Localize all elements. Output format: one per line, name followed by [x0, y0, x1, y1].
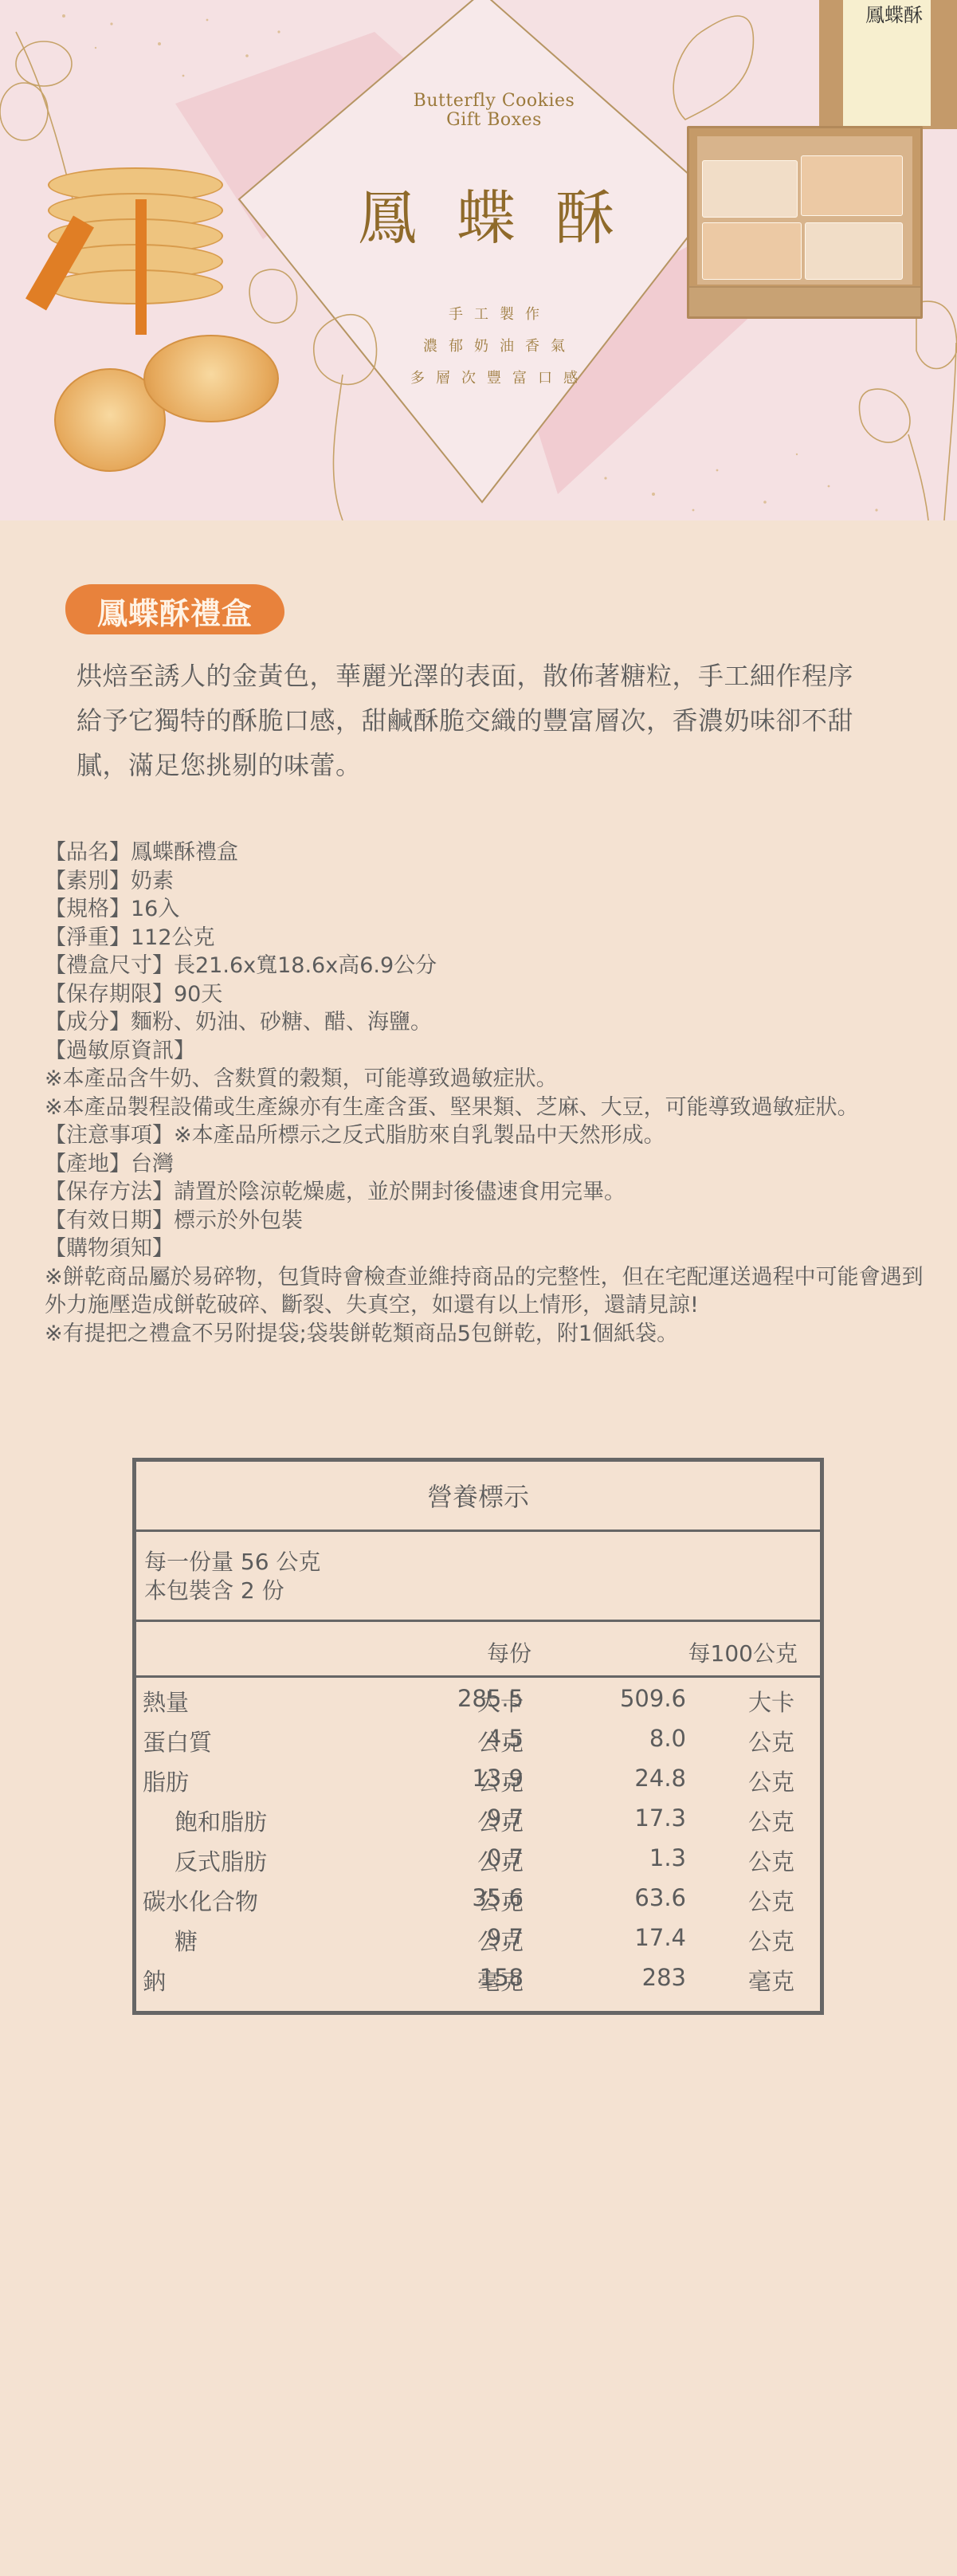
spec-name: 【品名】鳳蝶酥禮盒	[45, 838, 937, 867]
spec-net-weight: 【淨重】112公克	[45, 924, 937, 952]
nutrition-row-saturated-fat: 飽和脂肪 9.7 公克 17.3 公克	[136, 1800, 820, 1840]
product-name-label: 鳳蝶酥禮盒	[65, 589, 284, 633]
nutrition-row-trans-fat: 反式脂肪 0.7 公克 1.3 公克	[136, 1840, 820, 1879]
header-per-100g: 每100公克	[688, 1636, 798, 1668]
tagline-handmade: 手工製作	[351, 303, 637, 324]
spec-shopping-note-1: ※餅乾商品屬於易碎物，包貨時會檢查並維持商品的完整性，但在宅配運送過程中可能會遇…	[45, 1263, 937, 1320]
spec-diet-type: 【素別】奶素	[45, 867, 937, 896]
gift-box-image	[687, 126, 923, 319]
nutrition-row-carbohydrates: 碳水化合物 35.6 公克 63.6 公克	[136, 1879, 820, 1919]
serving-size: 每一份量 56 公克	[144, 1548, 820, 1577]
nutrition-column-headers: 每份 每100公克	[136, 1622, 820, 1678]
spec-allergen-note-1: ※本產品含牛奶、含麩質的穀類，可能導致過敏症狀。	[45, 1065, 937, 1094]
hero-banner: Butterfly Cookies Gift Boxes 鳳蝶酥 手工製作 濃郁…	[0, 0, 957, 520]
gift-box-lid-image: 鳳蝶酥	[819, 0, 957, 129]
spec-allergen-heading: 【過敏原資訊】	[45, 1037, 937, 1066]
header-per-serving: 每份	[487, 1636, 531, 1668]
product-name-badge: 鳳蝶酥禮盒	[65, 584, 284, 634]
nutrition-row-calories: 熱量 285.5 大卡 509.6 大卡	[136, 1680, 820, 1720]
lid-brand-text: 鳳蝶酥	[859, 5, 923, 26]
spec-expiry: 【有效日期】標示於外包裝	[45, 1207, 937, 1235]
product-description: 烘焙至誘人的金黃色，華麗光澤的表面，散佈著糖粒，手工細作程序給予它獨特的酥脆口感…	[76, 654, 865, 787]
spec-shopping-heading: 【購物須知】	[45, 1235, 937, 1263]
nutrition-row-sodium: 鈉 158 毫克 283 毫克	[136, 1959, 820, 1999]
servings-per-package: 本包裝含 2 份	[144, 1577, 820, 1605]
palmier-cookie-image	[143, 335, 279, 422]
spec-shopping-note-2: ※有提把之禮盒不另附提袋;袋裝餅乾類商品5包餅乾，附1個紙袋。	[45, 1320, 937, 1349]
chinese-title: 鳳蝶酥	[311, 171, 661, 256]
nutrition-row-protein: 蛋白質 4.5 公克 8.0 公克	[136, 1720, 820, 1760]
nutrition-row-fat: 脂肪 13.9 公克 24.8 公克	[136, 1760, 820, 1800]
cookie-stack-image	[48, 167, 223, 327]
tagline-butter: 濃郁奶油香氣	[351, 335, 637, 355]
spec-box-size: 【禮盒尺寸】長21.6x寬18.6x高6.9公分	[45, 952, 937, 980]
spec-ingredients: 【成分】麵粉、奶油、砂糖、醋、海鹽。	[45, 1008, 937, 1037]
spec-origin: 【產地】台灣	[45, 1150, 937, 1179]
spec-allergen-note-2: ※本產品製程設備或生產線亦有生產含蛋、堅果類、芝麻、大豆，可能導致過敏症狀。	[45, 1094, 937, 1122]
nutrition-rows: 熱量 285.5 大卡 509.6 大卡 蛋白質 4.5 公克 8.0 公克 脂…	[136, 1680, 820, 1999]
spec-notice: 【注意事項】※本產品所標示之反式脂肪來自乳製品中天然形成。	[45, 1121, 937, 1150]
nutrition-row-sugar: 糖 9.7 公克 17.4 公克	[136, 1919, 820, 1959]
spec-shelf-life: 【保存期限】90天	[45, 980, 937, 1009]
nutrition-facts-table: 營養標示 每一份量 56 公克 本包裝含 2 份 每份 每100公克 熱量 28…	[132, 1458, 824, 2015]
nutrition-title: 營養標示	[136, 1462, 820, 1532]
product-spec-list: 【品名】鳳蝶酥禮盒 【素別】奶素 【規格】16入 【淨重】112公克 【禮盒尺寸…	[45, 838, 937, 1348]
serving-info: 每一份量 56 公克 本包裝含 2 份	[136, 1532, 820, 1622]
spec-quantity: 【規格】16入	[45, 895, 937, 924]
tagline-layers: 多層次豐富口感	[351, 367, 637, 387]
spec-storage: 【保存方法】請置於陰涼乾燥處，並於開封後儘速食用完畢。	[45, 1178, 937, 1207]
english-title: Butterfly Cookies Gift Boxes	[375, 92, 614, 130]
